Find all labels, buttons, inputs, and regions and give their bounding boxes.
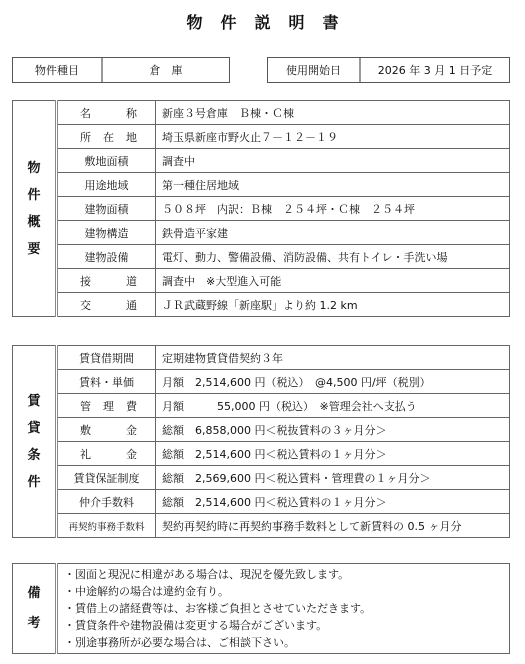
row-value: 新座３号倉庫 Ｂ棟・Ｃ棟 — [156, 101, 510, 125]
property-type-box: 物件種目 倉 庫 — [12, 57, 230, 83]
table-row: 用途地域 第一種住居地域 — [13, 173, 510, 197]
table-row: 建物面積 ５０８坪 内訳：Ｂ棟 ２５４坪・Ｃ棟 ２５４坪 — [13, 197, 510, 221]
remarks-table: 備 考 ・図面と現況に相違がある場合は、現況を優先致します。 ・中途解約の場合は… — [12, 563, 510, 654]
row-label: 賃貸保証制度 — [57, 466, 156, 490]
note-item: ・別途事務所が必要な場合は、ご相談下さい。 — [64, 634, 503, 651]
property-type-value: 倉 庫 — [103, 58, 229, 82]
row-value: 鉄骨造平家建 — [156, 221, 510, 245]
row-value: 総額 6,858,000 円＜税抜賃料の３ヶ月分＞ — [156, 418, 510, 442]
lease-terms-table: 賃 貸 条 件 賃貸借期間 定期建物賃貸借契約３年 賃料・単価 月額 2,514… — [12, 345, 510, 538]
row-value: 第一種住居地域 — [156, 173, 510, 197]
table-row: 物 件 概 要 名 称 新座３号倉庫 Ｂ棟・Ｃ棟 — [13, 101, 510, 125]
row-label: 賃貸借期間 — [57, 346, 156, 370]
row-label: 敷地面積 — [57, 149, 156, 173]
group-char: 貸 — [13, 415, 55, 442]
row-value: 電灯、動力、警備設備、消防設備、共有トイレ・手洗い場 — [156, 245, 510, 269]
row-value: 総額 2,514,600 円＜税込賃料の１ヶ月分＞ — [156, 490, 510, 514]
table-row: 接 道 調査中 ※大型進入可能 — [13, 269, 510, 293]
table-row: 交 通 ＪＲ武蔵野線「新座駅」より約 1.2 km — [13, 293, 510, 317]
row-label: 賃料・単価 — [57, 370, 156, 394]
remarks-notes: ・図面と現況に相違がある場合は、現況を優先致します。 ・中途解約の場合は違約金有… — [57, 564, 510, 654]
table-row: 敷 金 総額 6,858,000 円＜税抜賃料の３ヶ月分＞ — [13, 418, 510, 442]
remarks-group-label: 備 考 — [13, 564, 57, 654]
group-char: 要 — [13, 236, 55, 263]
row-value: 総額 2,514,600 円＜税込賃料の１ヶ月分＞ — [156, 442, 510, 466]
row-label: 交 通 — [57, 293, 156, 317]
row-value: 月額 55,000 円（税込） ※管理会社へ支払う — [156, 394, 510, 418]
table-row: 敷地面積 調査中 — [13, 149, 510, 173]
row-value: 月額 2,514,600 円（税込） @4,500 円/坪（税別） — [156, 370, 510, 394]
table-row: 所在地 埼玉県新座市野火止７－１２－１９ — [13, 125, 510, 149]
property-overview-table: 物 件 概 要 名 称 新座３号倉庫 Ｂ棟・Ｃ棟 所在地 埼玉県新座市野火止７－… — [12, 100, 510, 317]
row-value: 定期建物賃貸借契約３年 — [156, 346, 510, 370]
property-overview-group-label: 物 件 概 要 — [13, 101, 57, 317]
table-row: 賃料・単価 月額 2,514,600 円（税込） @4,500 円/坪（税別） — [13, 370, 510, 394]
note-item: ・賃借上の諸経費等は、お客様ご負担とさせていただきます。 — [64, 600, 503, 617]
group-char: 賃 — [13, 388, 55, 415]
note-item: ・中途解約の場合は違約金有り。 — [64, 583, 503, 600]
row-label: 所在地 — [57, 125, 156, 149]
start-date-value: 2026 年 3 月 1 日予定 — [361, 58, 509, 82]
row-value: 埼玉県新座市野火止７－１２－１９ — [156, 125, 510, 149]
note-item: ・賃貸条件や建物設備は変更する場合がございます。 — [64, 617, 503, 634]
row-value: ５０８坪 内訳：Ｂ棟 ２５４坪・Ｃ棟 ２５４坪 — [156, 197, 510, 221]
row-label: 建物面積 — [57, 197, 156, 221]
row-value: 調査中 — [156, 149, 510, 173]
start-date-box: 使用開始日 2026 年 3 月 1 日予定 — [267, 57, 510, 83]
table-row: 再契約事務手数料 契約再契約時に再契約事務手数料として新賃料の 0.5 ヶ月分 — [13, 514, 510, 538]
table-row: 建物構造 鉄骨造平家建 — [13, 221, 510, 245]
property-type-label: 物件種目 — [13, 58, 103, 82]
row-label: 再契約事務手数料 — [57, 514, 156, 538]
row-value: ＪＲ武蔵野線「新座駅」より約 1.2 km — [156, 293, 510, 317]
row-label: 建物設備 — [57, 245, 156, 269]
row-value: 契約再契約時に再契約事務手数料として新賃料の 0.5 ヶ月分 — [156, 514, 510, 538]
row-label: 礼 金 — [57, 442, 156, 466]
row-label: 用途地域 — [57, 173, 156, 197]
table-row: 備 考 ・図面と現況に相違がある場合は、現況を優先致します。 ・中途解約の場合は… — [13, 564, 510, 654]
row-label: 仲介手数料 — [57, 490, 156, 514]
table-row: 建物設備 電灯、動力、警備設備、消防設備、共有トイレ・手洗い場 — [13, 245, 510, 269]
group-char: 件 — [13, 182, 55, 209]
lease-terms-group-label: 賃 貸 条 件 — [13, 346, 57, 538]
document-title: 物件説明書 — [0, 10, 525, 33]
table-row: 賃 貸 条 件 賃貸借期間 定期建物賃貸借契約３年 — [13, 346, 510, 370]
table-row: 管理費 月額 55,000 円（税込） ※管理会社へ支払う — [13, 394, 510, 418]
group-char: 概 — [13, 209, 55, 236]
table-row: 礼 金 総額 2,514,600 円＜税込賃料の１ヶ月分＞ — [13, 442, 510, 466]
table-row: 仲介手数料 総額 2,514,600 円＜税込賃料の１ヶ月分＞ — [13, 490, 510, 514]
group-char: 備 — [13, 579, 55, 609]
row-label: 敷 金 — [57, 418, 156, 442]
start-date-label: 使用開始日 — [268, 58, 361, 82]
row-label: 建物構造 — [57, 221, 156, 245]
group-char: 件 — [13, 469, 55, 496]
row-label: 名 称 — [57, 101, 156, 125]
row-label: 接 道 — [57, 269, 156, 293]
group-char: 条 — [13, 442, 55, 469]
note-item: ・図面と現況に相違がある場合は、現況を優先致します。 — [64, 566, 503, 583]
row-value: 総額 2,569,600 円＜税込賃料・管理費の１ヶ月分＞ — [156, 466, 510, 490]
group-char: 物 — [13, 155, 55, 182]
group-char: 考 — [13, 609, 55, 639]
row-label: 管理費 — [57, 394, 156, 418]
row-value: 調査中 ※大型進入可能 — [156, 269, 510, 293]
table-row: 賃貸保証制度 総額 2,569,600 円＜税込賃料・管理費の１ヶ月分＞ — [13, 466, 510, 490]
